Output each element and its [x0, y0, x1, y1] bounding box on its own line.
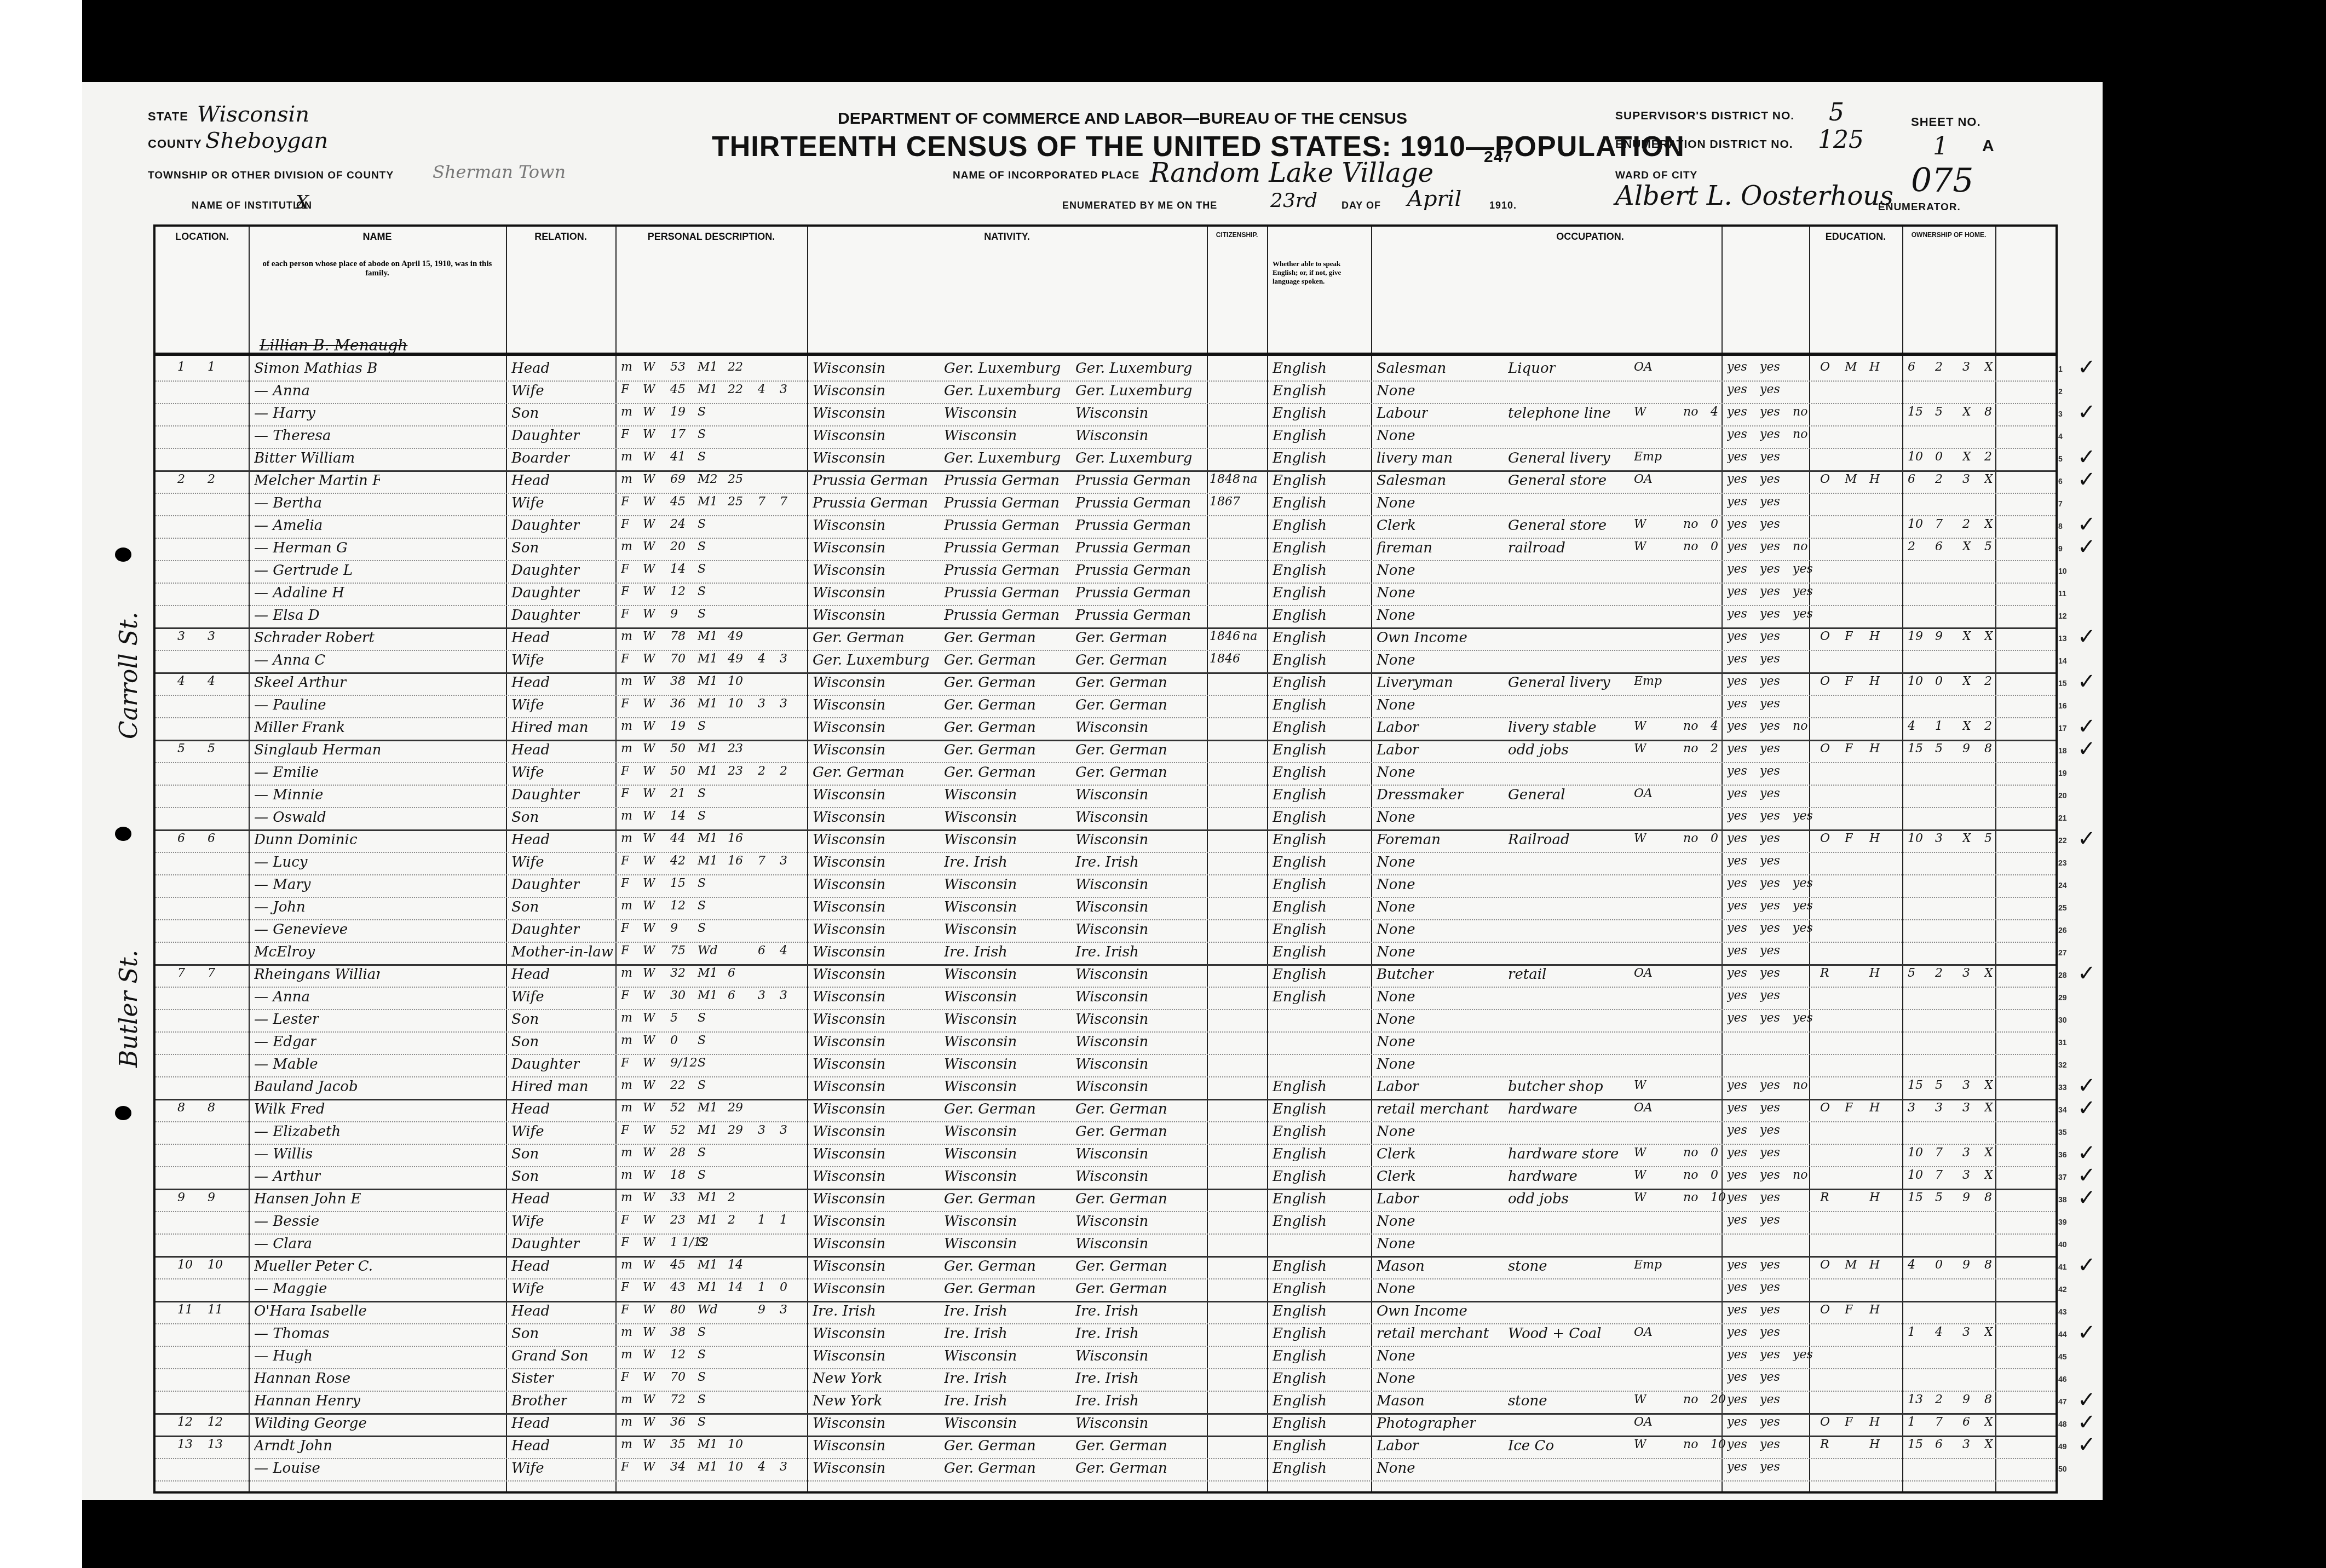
cell-pob: Wisconsin	[813, 1438, 885, 1454]
cell-fpob: Ger. German	[944, 764, 1036, 781]
cell-race: W	[643, 809, 655, 823]
cell-pob: Wisconsin	[813, 1191, 885, 1207]
cell-fpob: Ire. Irish	[944, 1393, 1007, 1409]
line-number: 18	[2058, 746, 2067, 755]
cell-mpob: Ire. Irish	[1075, 854, 1139, 871]
cell-c4: X	[1984, 1415, 1993, 1429]
cell-mpob: Wisconsin	[1075, 1146, 1148, 1162]
cell-mort: M	[1845, 1258, 1857, 1272]
table-row: — EmilieWifeFW50M12322Ger. GermanGer. Ge…	[156, 762, 2056, 786]
cell-mpob: Wisconsin	[1075, 405, 1148, 422]
cell-emp: Emp	[1634, 1258, 1662, 1272]
cell-sex: F	[621, 1236, 629, 1249]
cell-occ: None	[1377, 944, 1415, 960]
cell-fpob: Wisconsin	[944, 1168, 1017, 1185]
cell-farm: H	[1869, 472, 1880, 486]
cell-race: W	[643, 697, 655, 711]
cell-sex: m	[621, 1079, 632, 1092]
cell-rel: Daughter	[511, 921, 580, 938]
state-label: STATE	[148, 109, 188, 124]
cell-mpob: Prussia German	[1075, 562, 1191, 579]
cell-pob: Wisconsin	[813, 1213, 885, 1230]
cell-mort: F	[1845, 1101, 1853, 1115]
cell-own: O	[1820, 1258, 1830, 1272]
cell-occ: None	[1377, 607, 1415, 624]
table-row: Hannan HenryBrothermW72SNew YorkIre. Iri…	[156, 1391, 2056, 1415]
cell-race: W	[643, 1034, 655, 1047]
cell-lang: English	[1273, 697, 1327, 713]
cell-write: yes	[1760, 1123, 1780, 1137]
cell-mpob: Ger. German	[1075, 652, 1167, 668]
cell-sch: yes	[1793, 607, 1813, 621]
cell-lang: English	[1273, 832, 1327, 848]
cell-sch: no	[1793, 428, 1807, 441]
cell-sex: F	[621, 764, 629, 778]
cell-ind: hardware	[1508, 1168, 1577, 1185]
cell-fpob: Ger. German	[944, 1281, 1036, 1297]
cell-c4: 8	[1984, 742, 1992, 756]
cell-mar: M1	[698, 854, 718, 868]
cell-lang: English	[1273, 742, 1327, 758]
cell-read: yes	[1727, 360, 1747, 374]
cell-c2: 7	[1935, 517, 1943, 531]
cell-rel: Wife	[511, 764, 544, 781]
punch-hole	[115, 827, 131, 841]
cell-mar: S	[698, 428, 706, 441]
cell-own: O	[1820, 630, 1830, 643]
cell-rel: Daughter	[511, 517, 580, 534]
cell-read: yes	[1727, 1123, 1747, 1137]
cell-imm: 1846	[1210, 630, 1240, 643]
cell-rel: Head	[511, 630, 550, 646]
cell-read: yes	[1727, 1146, 1747, 1160]
cell-read: yes	[1727, 899, 1747, 913]
group-language: Whether able to speak English; or, if no…	[1273, 260, 1366, 286]
table-row: — BessieWifeFW23M1211WisconsinWisconsinW…	[156, 1211, 2056, 1235]
cell-name: Wilk Fred	[254, 1101, 325, 1117]
cell-rel: Wife	[511, 1281, 544, 1297]
cell-name: Miller Frank	[254, 719, 345, 736]
cell-emp: W	[1634, 517, 1646, 531]
cell-pob: Wisconsin	[813, 787, 885, 803]
line-number: 49	[2058, 1442, 2067, 1451]
cell-mort: M	[1845, 472, 1857, 486]
cell-sex: F	[621, 1123, 629, 1137]
cell-mpob: Prussia German	[1075, 495, 1191, 511]
line-number: 37	[2058, 1173, 2067, 1181]
cell-sex: m	[621, 1325, 632, 1339]
checkmark-icon: ✓	[2077, 400, 2096, 425]
cell-ind: hardware	[1508, 1101, 1577, 1117]
cell-race: W	[643, 585, 655, 598]
cell-out: no	[1683, 742, 1698, 756]
cell-born: 4	[758, 383, 765, 396]
cell-rel: Daughter	[511, 607, 580, 624]
cell-sch: yes	[1793, 877, 1813, 890]
cell-pob: New York	[813, 1370, 882, 1387]
cell-c1: 10	[1908, 832, 1923, 845]
table-row: 1010Mueller Peter C.HeadmW45M114Wisconsi…	[156, 1256, 2056, 1279]
cell-occ: fireman	[1377, 540, 1432, 556]
cell-fpob: Ger. German	[944, 742, 1036, 758]
cell-lang: English	[1273, 966, 1327, 983]
table-row: 1313Arndt JohnHeadmW35M110WisconsinGer. …	[156, 1436, 2056, 1459]
cell-write: yes	[1760, 540, 1780, 554]
cell-mpob: Wisconsin	[1075, 921, 1148, 938]
cell-mpob: Wisconsin	[1075, 1079, 1148, 1095]
cell-occ: Salesman	[1377, 360, 1446, 377]
cell-c2: 0	[1935, 1258, 1943, 1272]
cell-pob: Wisconsin	[813, 405, 885, 422]
cell-rel: Son	[511, 1168, 539, 1185]
scan-left-margin	[0, 0, 82, 1568]
institution-value: X	[296, 192, 309, 214]
checkmark-icon: ✓	[2077, 1140, 2096, 1166]
cell-write: yes	[1760, 428, 1780, 441]
cell-name: — Louise	[254, 1460, 320, 1477]
cell-sex: F	[621, 787, 629, 800]
cell-yrs: 10	[728, 1438, 743, 1451]
table-row: — Anna CWifeFW70M14943Ger. LuxemburgGer.…	[156, 650, 2056, 674]
cell-yrs: 2	[728, 1213, 735, 1227]
cell-fam: 9	[208, 1191, 215, 1204]
cell-mar: M1	[698, 742, 718, 756]
cell-age: 12	[670, 1348, 686, 1362]
cell-age: 33	[670, 1191, 686, 1204]
cell-age: 75	[670, 944, 686, 958]
cell-lang: English	[1273, 607, 1327, 624]
cell-read: yes	[1727, 742, 1747, 756]
cell-race: W	[643, 1415, 655, 1429]
cell-sch: yes	[1793, 1011, 1813, 1025]
cell-sex: m	[621, 809, 632, 823]
cell-read: yes	[1727, 719, 1747, 733]
cell-fpob: Ire. Irish	[944, 1303, 1007, 1319]
cell-write: yes	[1760, 1348, 1780, 1362]
checkmark-icon: ✓	[2077, 1185, 2096, 1210]
cell-mar: M1	[698, 1460, 718, 1474]
cell-farm: H	[1869, 1303, 1880, 1317]
cell-dw: 7	[177, 966, 185, 980]
cell-sex: m	[621, 1146, 632, 1160]
cell-pob: Wisconsin	[813, 1146, 885, 1162]
cell-rel: Boarder	[511, 450, 570, 466]
cell-race: W	[643, 1370, 655, 1384]
cell-occ: None	[1377, 697, 1415, 713]
cell-name: Schrader Robert	[254, 630, 375, 646]
line-number: 40	[2058, 1240, 2067, 1249]
cell-farm: H	[1869, 1191, 1880, 1204]
cell-age: 17	[670, 428, 686, 441]
cell-c3: X	[1962, 450, 1971, 464]
cell-fpob: Ger. Luxemburg	[944, 450, 1061, 466]
cell-mpob: Wisconsin	[1075, 1236, 1148, 1252]
table-row: — MaggieWifeFW43M11410WisconsinGer. Germ…	[156, 1278, 2056, 1302]
cell-lang: English	[1273, 1168, 1327, 1185]
cell-age: 20	[670, 540, 686, 554]
cell-race: W	[643, 428, 655, 441]
cell-yrs: 6	[728, 966, 735, 980]
cell-pob: Wisconsin	[813, 854, 885, 871]
cell-read: yes	[1727, 1079, 1747, 1092]
cell-fpob: Prussia German	[944, 540, 1060, 556]
cell-living: 3	[780, 1123, 787, 1137]
cell-yrs: 29	[728, 1101, 743, 1115]
cell-age: 36	[670, 1415, 686, 1429]
cell-c3: 3	[1962, 1079, 1970, 1092]
cell-mar: S	[698, 405, 706, 419]
cell-name: — Amelia	[254, 517, 323, 534]
cell-age: 50	[670, 764, 686, 778]
cell-name: — Edgar	[254, 1034, 316, 1050]
line-number: 28	[2058, 971, 2067, 979]
cell-fam: 11	[208, 1303, 223, 1317]
cell-lang: English	[1273, 1370, 1327, 1387]
cell-name: Mueller Peter C.	[254, 1258, 373, 1275]
cell-emp: W	[1634, 719, 1646, 733]
cell-name: Bitter William	[254, 450, 355, 466]
cell-ind: hardware store	[1508, 1146, 1619, 1162]
cell-mar: S	[698, 1348, 706, 1362]
cell-read: yes	[1727, 450, 1747, 464]
cell-yrs: 23	[728, 764, 743, 778]
line-number: 22	[2058, 836, 2067, 845]
cell-sex: F	[621, 1460, 629, 1474]
cell-read: yes	[1727, 921, 1747, 935]
cell-race: W	[643, 450, 655, 464]
cell-c3: X	[1962, 540, 1971, 554]
cell-read: yes	[1727, 652, 1747, 666]
cell-pob: Wisconsin	[813, 540, 885, 556]
cell-age: 43	[670, 1281, 686, 1294]
checkmark-icon: ✓	[2077, 1410, 2096, 1435]
cell-mpob: Prussia German	[1075, 585, 1191, 601]
cell-emp: W	[1634, 540, 1646, 554]
cell-pob: Wisconsin	[813, 832, 885, 848]
cell-mpob: Ger. Luxemburg	[1075, 383, 1192, 399]
cell-write: yes	[1760, 1393, 1780, 1406]
cell-sch: yes	[1793, 585, 1813, 598]
line-number: 42	[2058, 1285, 2067, 1294]
cell-sex: F	[621, 607, 629, 621]
cell-fpob: Wisconsin	[944, 877, 1017, 893]
cell-write: yes	[1760, 630, 1780, 643]
cell-write: yes	[1760, 607, 1780, 621]
cell-own: O	[1820, 360, 1830, 374]
cell-mpob: Wisconsin	[1075, 1213, 1148, 1230]
cell-rel: Hired man	[511, 719, 589, 736]
table-row: Hannan RoseSisterFW70SNew YorkIre. Irish…	[156, 1368, 2056, 1392]
table-row: 44Skeel ArthurHeadmW38M110WisconsinGer. …	[156, 672, 2056, 696]
street-name-butler: Butler St.	[115, 950, 143, 1068]
cell-sex: m	[621, 405, 632, 419]
cell-write: yes	[1760, 719, 1780, 733]
cell-c2: 7	[1935, 1146, 1943, 1160]
cell-pob: Wisconsin	[813, 1415, 885, 1432]
table-row: — OswaldSonmW14SWisconsinWisconsinWiscon…	[156, 807, 2056, 831]
cell-name: — Emilie	[254, 764, 319, 781]
cell-ind: odd jobs	[1508, 1191, 1569, 1207]
cell-pob: Prussia German	[813, 472, 928, 489]
cell-occ: Liveryman	[1377, 675, 1453, 691]
cell-name: — Elizabeth	[254, 1123, 341, 1140]
cell-race: W	[643, 630, 655, 643]
cell-mar: S	[698, 899, 706, 913]
cell-occ: Foreman	[1377, 832, 1441, 848]
cell-read: yes	[1727, 764, 1747, 778]
cell-emp: W	[1634, 1079, 1646, 1092]
cell-sex: m	[621, 1034, 632, 1047]
cell-race: W	[643, 1348, 655, 1362]
cell-pob: Wisconsin	[813, 562, 885, 579]
table-row: — LesterSonmW5SWisconsinWisconsinWiscons…	[156, 1009, 2056, 1033]
cell-mar: S	[698, 1415, 706, 1429]
cell-age: 22	[670, 1079, 686, 1092]
cell-sex: m	[621, 1011, 632, 1025]
cell-occ: Own Income	[1377, 1303, 1467, 1319]
cell-mpob: Ger. German	[1075, 742, 1167, 758]
cell-c1: 6	[1908, 360, 1915, 374]
cell-c2: 3	[1935, 832, 1943, 845]
cell-name: Melcher Martin F	[254, 472, 380, 489]
cell-name: — Lester	[254, 1011, 319, 1028]
cell-rel: Head	[511, 1101, 550, 1117]
cell-pob: Wisconsin	[813, 1168, 885, 1185]
supervisor-district-value: 5	[1829, 99, 1844, 126]
cell-write: yes	[1760, 1011, 1780, 1025]
cell-fpob: Wisconsin	[944, 1056, 1017, 1073]
cell-c3: X	[1962, 630, 1971, 643]
cell-age: 0	[670, 1034, 678, 1047]
cell-emp: W	[1634, 1146, 1646, 1160]
checkmark-icon: ✓	[2077, 1320, 2096, 1345]
incorporated-place-label: NAME OF INCORPORATED PLACE	[953, 170, 1139, 182]
cell-c3: 3	[1962, 1438, 1970, 1451]
cell-write: yes	[1760, 899, 1780, 913]
cell-race: W	[643, 944, 655, 958]
cell-fam: 1	[208, 360, 215, 374]
cell-lang: English	[1273, 809, 1327, 826]
cell-read: yes	[1727, 787, 1747, 800]
cell-write: yes	[1760, 1303, 1780, 1317]
cell-sex: m	[621, 1168, 632, 1182]
cell-rel: Daughter	[511, 562, 580, 579]
cell-read: yes	[1727, 1213, 1747, 1227]
cell-pob: Wisconsin	[813, 383, 885, 399]
enumeration-district-value: 125	[1818, 126, 1864, 154]
cell-emp: OA	[1634, 1101, 1653, 1115]
cell-age: 38	[670, 675, 686, 688]
cell-mort: M	[1845, 360, 1857, 374]
cell-sex: m	[621, 742, 632, 756]
cell-mar: M1	[698, 1191, 718, 1204]
year-label: 1910.	[1489, 200, 1517, 211]
cell-mpob: Prussia German	[1075, 607, 1191, 624]
cell-occ: None	[1377, 899, 1415, 915]
cell-mar: S	[698, 1079, 706, 1092]
cell-race: W	[643, 1101, 655, 1115]
cell-sch: no	[1793, 719, 1807, 733]
checkmark-icon: ✓	[2077, 1387, 2096, 1413]
cell-lang: English	[1273, 1438, 1327, 1454]
cell-fpob: Wisconsin	[944, 899, 1017, 915]
cell-name: — Herman G	[254, 540, 348, 556]
cell-sex: F	[621, 989, 629, 1002]
cell-name: — Theresa	[254, 428, 331, 444]
cell-rel: Head	[511, 675, 550, 691]
cell-race: W	[643, 989, 655, 1002]
cell-occ: Labour	[1377, 405, 1428, 422]
table-row: — LucyWifeFW42M11673WisconsinIre. IrishI…	[156, 852, 2056, 875]
cell-pob: Wisconsin	[813, 675, 885, 691]
cell-pob: Wisconsin	[813, 719, 885, 736]
cell-emp: W	[1634, 1438, 1646, 1451]
cell-read: yes	[1727, 1415, 1747, 1429]
cell-pob: Wisconsin	[813, 1056, 885, 1073]
cell-occ: Clerk	[1377, 517, 1416, 534]
cell-write: yes	[1760, 495, 1780, 509]
cell-write: yes	[1760, 1415, 1780, 1429]
cell-mpob: Wisconsin	[1075, 428, 1148, 444]
cell-c2: 9	[1935, 630, 1943, 643]
cell-sex: m	[621, 832, 632, 845]
cell-read: yes	[1727, 540, 1747, 554]
cell-c1: 10	[1908, 517, 1923, 531]
cell-farm: H	[1869, 742, 1880, 756]
cell-name: — Anna	[254, 383, 310, 399]
supervisor-district-label: SUPERVISOR'S DISTRICT NO.	[1615, 109, 1794, 123]
cell-race: W	[643, 1168, 655, 1182]
cell-c4: 2	[1984, 719, 1992, 733]
cell-fpob: Ger. German	[944, 1258, 1036, 1275]
cell-ind: telephone line	[1508, 405, 1611, 422]
cell-occ: None	[1377, 562, 1415, 579]
cell-mar: S	[698, 607, 706, 621]
cell-own: O	[1820, 1303, 1830, 1317]
cell-occ: None	[1377, 1213, 1415, 1230]
cell-lang: English	[1273, 1101, 1327, 1117]
cell-sex: m	[621, 472, 632, 486]
cell-rel: Son	[511, 1011, 539, 1028]
line-number: 24	[2058, 881, 2067, 890]
cell-lang: English	[1273, 1213, 1327, 1230]
cell-race: W	[643, 832, 655, 845]
cell-mar: M1	[698, 1101, 718, 1115]
cell-fpob: Prussia German	[944, 472, 1060, 489]
cell-sch: yes	[1793, 899, 1813, 913]
group-nativity: NATIVITY.	[807, 231, 1207, 243]
cell-c1: 15	[1908, 405, 1923, 419]
cell-lang: English	[1273, 899, 1327, 915]
cell-read: yes	[1727, 585, 1747, 598]
cell-fpob: Ger. German	[944, 652, 1036, 668]
cell-pob: Wisconsin	[813, 360, 885, 377]
checkmark-icon: ✓	[2077, 1163, 2096, 1188]
cell-mpob: Ire. Irish	[1075, 944, 1139, 960]
cell-fpob: Ire. Irish	[944, 854, 1007, 871]
cell-read: yes	[1727, 517, 1747, 531]
cell-name: — Minnie	[254, 787, 323, 803]
cell-read: yes	[1727, 989, 1747, 1002]
cell-yrs: 23	[728, 742, 743, 756]
cell-name: Hannan Rose	[254, 1370, 350, 1387]
cell-c3: 3	[1962, 1325, 1970, 1339]
table-row: — LouiseWifeFW34M11043WisconsinGer. Germ…	[156, 1458, 2056, 1481]
cell-mpob: Wisconsin	[1075, 899, 1148, 915]
cell-mpob: Ger. German	[1075, 1460, 1167, 1477]
cell-sex: m	[621, 450, 632, 464]
cell-mpob: Ger. German	[1075, 1123, 1167, 1140]
